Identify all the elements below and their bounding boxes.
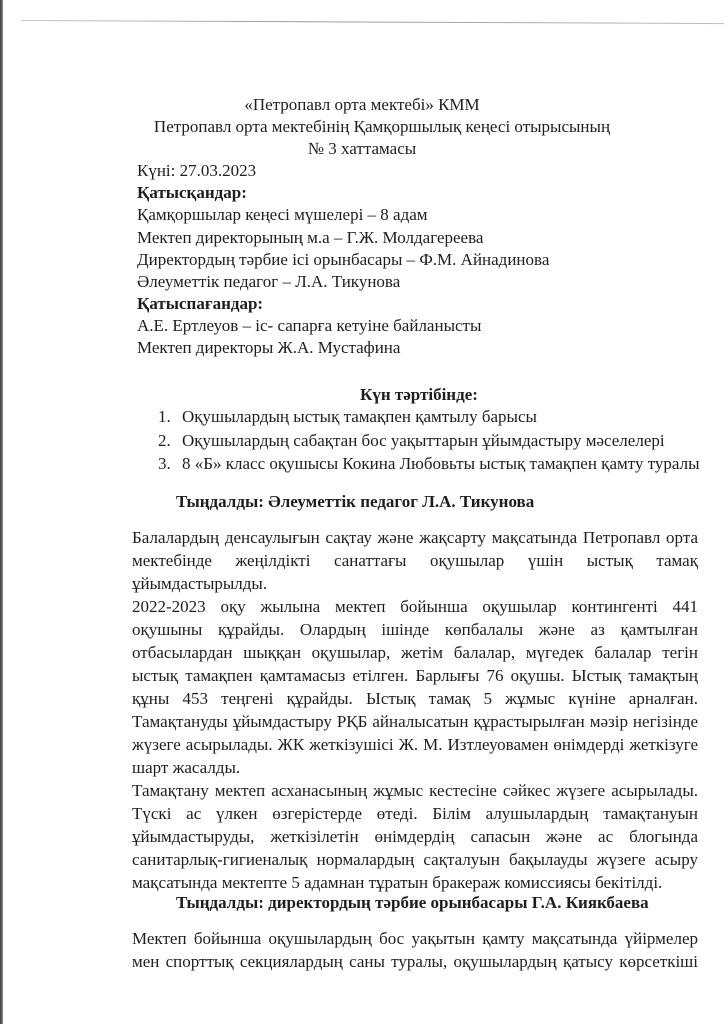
paragraph-line: мектебінде жеңілдікті санаттағы оқушылар… — [132, 551, 698, 571]
paragraph-line: жүзеге асырылады. ЖК жеткізушісі Ж. М. И… — [132, 735, 698, 755]
agenda-heading: Күн тәртібінде: — [360, 385, 478, 405]
absentee-item: Мектеп директоры Ж.А. Мустафина — [137, 338, 400, 358]
absentee-item: А.Е. Ертлеуов – іс- сапарға кетуіне байл… — [137, 316, 481, 336]
attendee-item: Әлеуметтік педагог – Л.А. Тикунова — [137, 272, 400, 292]
paragraph-line: оқушыны құрайды. Олардың ішінде көпбалал… — [132, 620, 698, 640]
paragraph-line: ұйымдастыруды, жеткізілетін өнімдердің с… — [132, 827, 698, 847]
agenda-item-number: 1. — [158, 407, 171, 427]
document-subtitle: Петропавл орта мектебінің Қамқоршылық ке… — [20, 117, 724, 137]
scan-artifact-line — [22, 20, 724, 24]
agenda-item-text: 8 «Б» класс оқушысы Кокина Любовьты ысты… — [182, 454, 700, 474]
paragraph-line: ұйымдастырылды. — [132, 574, 698, 594]
paragraph-line: ыстық тамақпен қамтамасыз етілген. Барлы… — [132, 666, 698, 686]
paragraph-line: санитарлық-гигиеналық нормалардың сақтал… — [132, 850, 698, 870]
attendees-heading: Қатысқандар: — [137, 183, 247, 203]
attendee-item: Мектеп директорының м.а – Г.Ж. Молдагере… — [137, 228, 483, 248]
paragraph-line: Тамақтану мектеп асханасының жұмыс кесте… — [132, 781, 698, 801]
section1-heading: Тыңдалды: Әлеуметтік педагог Л.А. Тикуно… — [176, 492, 534, 512]
agenda-item-number: 3. — [158, 454, 171, 474]
paragraph-line: 2022-2023 оқу жылына мектеп бойынша оқуш… — [132, 597, 698, 617]
paragraph-line: Балалардың денсаулығын сақтау және жақса… — [132, 528, 698, 548]
paragraph-line: Мектеп бойынша оқушылардың бос уақытын қ… — [132, 929, 698, 949]
paragraph-line: құны 453 теңгені құрайды. Ыстық тамақ 5 … — [132, 689, 698, 709]
absentees-heading: Қатыспағандар: — [137, 294, 263, 314]
paragraph-line: мен спорттық секциялардың саны туралы, о… — [132, 952, 698, 972]
paragraph-line: мақсатында мектепте 5 адамнан тұратын бр… — [132, 873, 698, 893]
org-title: «Петропавл орта мектебі» КММ — [0, 95, 724, 115]
paragraph-line: шарт жасалды. — [132, 758, 698, 778]
attendee-item: Қамқоршылар кеңесі мүшелері – 8 адам — [137, 205, 428, 225]
paragraph-line: отбасылардан шыққан оқушылар, жетім бала… — [132, 643, 698, 663]
meeting-date: Күні: 27.03.2023 — [137, 161, 256, 181]
agenda-item-number: 2. — [158, 431, 171, 451]
protocol-number: № 3 хаттамасы — [0, 139, 724, 159]
agenda-item-text: Оқушылардың ыстық тамақпен қамтылу барыс… — [182, 407, 537, 427]
section2-heading: Тыңдалды: директордың тәрбие орынбасары … — [176, 893, 649, 913]
attendee-item: Директордың тәрбие ісі орынбасары – Ф.М.… — [137, 250, 549, 270]
agenda-item-text: Оқушылардың сабақтан бос уақыттарын ұйым… — [182, 431, 665, 451]
paragraph-line: Тамақтануды ұйымдастыру РҚБ айналысатын … — [132, 712, 698, 732]
paragraph-line: Түскі ас үлкен өзгерістерде өтеді. Білім… — [132, 804, 698, 824]
